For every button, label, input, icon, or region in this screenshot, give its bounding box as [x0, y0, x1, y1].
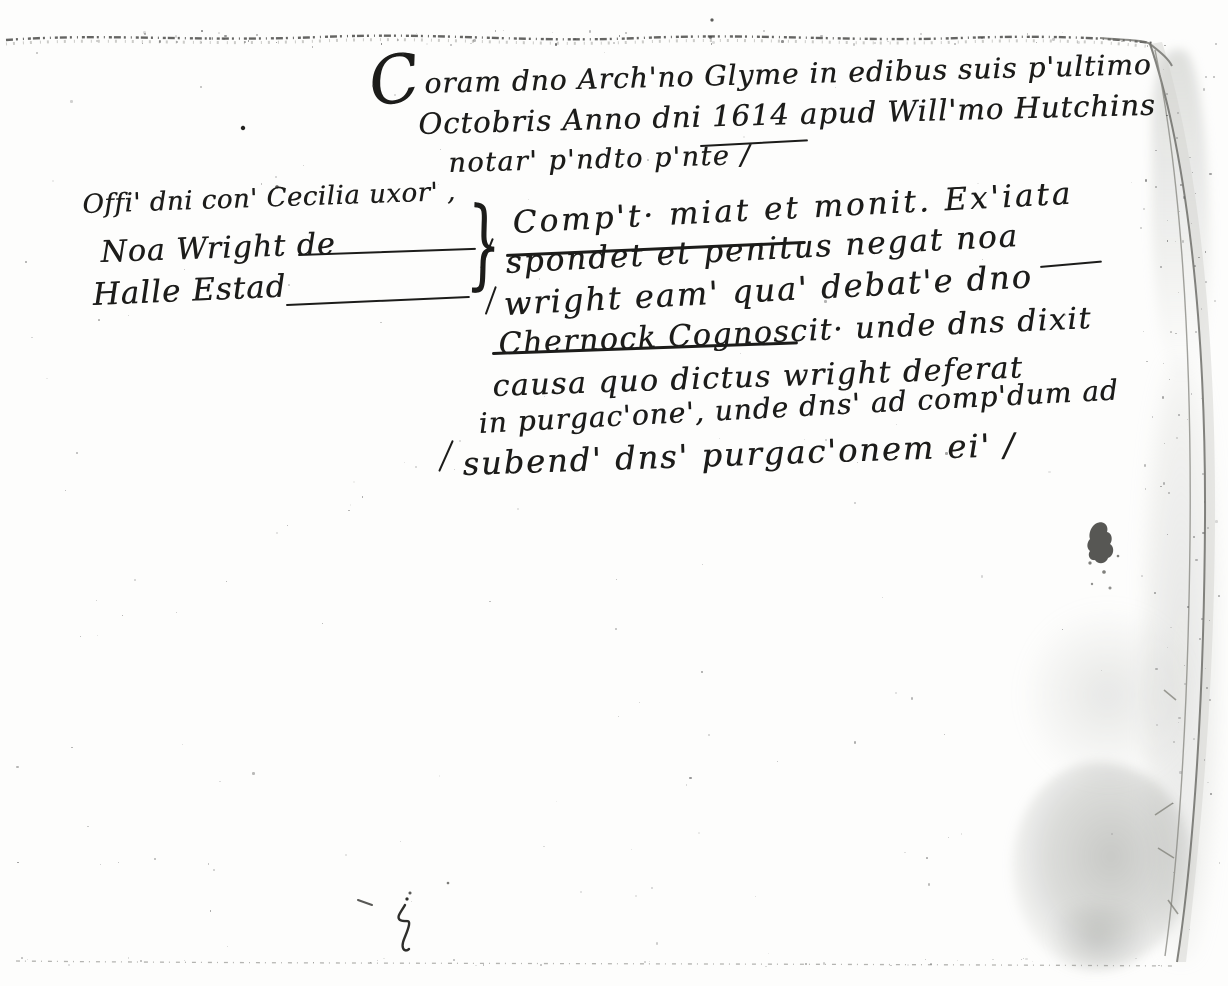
speckle-dot	[1172, 803, 1174, 805]
speckle-dot	[854, 502, 856, 504]
speckle-dot	[201, 30, 203, 32]
water-stain-lower-lobe	[1042, 905, 1152, 967]
speckle-dot	[1036, 42, 1037, 43]
speckle-dot	[1145, 179, 1147, 181]
speckle-dot	[992, 959, 993, 960]
speckle-dot	[1163, 363, 1164, 364]
margin-dash-2	[286, 296, 470, 306]
speckle-dot	[248, 40, 249, 41]
speckle-dot	[618, 716, 619, 717]
speckle-dot	[1164, 443, 1165, 444]
speckle-dot	[1191, 223, 1192, 224]
speckle-dot	[1180, 184, 1182, 186]
speckle-dot	[635, 895, 637, 897]
speckle-dot	[1194, 265, 1196, 267]
speckle-dot	[209, 37, 212, 40]
speckle-dot	[1145, 488, 1147, 490]
speckle-dot	[1199, 638, 1201, 640]
speckle-dot	[1176, 137, 1177, 138]
speckle-dot	[275, 176, 277, 178]
speckle-dot	[552, 32, 553, 33]
speckle-dot	[210, 910, 211, 911]
speckle-dot	[1144, 464, 1146, 466]
speckle-dot	[1168, 492, 1170, 494]
speckle-dot	[224, 35, 226, 37]
speckle-dot	[1164, 45, 1166, 47]
speckle-dot	[184, 269, 186, 271]
speckle-dot	[639, 702, 640, 703]
speckle-dot	[1195, 331, 1197, 333]
speckle-dot	[1158, 965, 1160, 967]
speckle-dot	[1204, 759, 1206, 761]
bottom-ink-mark	[358, 897, 409, 950]
speckle-dot	[1179, 211, 1180, 212]
speckle-dot	[625, 32, 627, 34]
speckle-dot	[709, 36, 712, 39]
speckle-dot	[651, 887, 653, 889]
water-stain-main	[1012, 762, 1192, 972]
speckle-dot	[781, 40, 784, 43]
speckle-dot	[411, 901, 412, 902]
speckle-dot	[1167, 647, 1168, 648]
heading-line-3: notar' p'ndto p'nte /	[448, 142, 751, 177]
speckle-dot	[1163, 482, 1165, 484]
speckle-dot	[1207, 782, 1209, 784]
speckle-dot	[276, 532, 278, 534]
speckle-dot	[763, 30, 765, 32]
margin-note-line-3: Halle Estad	[92, 272, 287, 311]
speckle-dot	[874, 42, 876, 44]
speckle-dot	[142, 43, 143, 44]
heading-initial: C	[364, 44, 424, 117]
speckle-dot	[1203, 88, 1205, 90]
speckle-dot	[252, 772, 254, 774]
speckle-dot	[1147, 45, 1149, 47]
speckle-dot	[1167, 534, 1168, 535]
speckle-dot	[1178, 722, 1179, 723]
speckle-dot	[957, 960, 959, 962]
speckle-dot	[1189, 929, 1190, 930]
speckle-dot	[920, 33, 922, 35]
speckle-dot	[415, 466, 417, 468]
speckle-dot	[1048, 471, 1050, 473]
speckle-dot	[1209, 620, 1210, 621]
top-right-edge-shading	[1152, 50, 1210, 380]
speckle-dot	[1140, 227, 1142, 229]
speckle-dot	[100, 864, 101, 865]
speckle-dot	[1214, 300, 1216, 302]
speckle-dot	[765, 37, 767, 39]
speckle-dot	[1166, 93, 1168, 95]
speckle-dot	[1207, 527, 1209, 529]
paper-top-edge	[6, 36, 1152, 47]
speckle-dot	[184, 960, 186, 962]
speckle-dot	[227, 946, 228, 947]
body-line-2-trailing-dash	[1040, 261, 1102, 268]
speckle-dot	[1189, 157, 1191, 159]
speckle-dot	[589, 30, 591, 32]
speckle-dot	[380, 322, 381, 323]
speckle-dot	[17, 862, 19, 864]
speckle-dot	[1062, 629, 1063, 630]
speckle-dot	[954, 43, 957, 46]
speckle-dot	[743, 136, 745, 138]
speckle-dot	[256, 34, 257, 35]
speckle-dot	[489, 601, 491, 603]
speckle-dot	[1121, 41, 1122, 42]
speckle-dot	[21, 957, 23, 959]
right-band-shading	[1142, 360, 1220, 960]
speckle-dot	[200, 86, 202, 88]
margin-note-line-2: Noa Wright de	[100, 230, 336, 268]
speckle-dot	[555, 43, 558, 46]
speckle-dot	[276, 42, 277, 43]
speckle-dot	[1173, 741, 1175, 743]
speckle-dot	[1205, 76, 1207, 78]
speckle-dot	[345, 854, 347, 856]
speckle-dot	[426, 43, 428, 45]
speckle-dot	[377, 960, 378, 961]
speckle-dot	[1062, 32, 1063, 33]
speckle-dot	[322, 623, 323, 624]
speckle-dot	[616, 579, 617, 580]
paper-bottom-edge	[16, 961, 1176, 966]
speckle-dot	[701, 671, 702, 672]
speckle-dot	[1184, 683, 1186, 685]
speckle-dot	[1206, 687, 1208, 689]
speckle-dot	[904, 852, 906, 854]
speckle-dot	[1182, 240, 1184, 242]
speckle-dot	[46, 378, 48, 380]
speckle-dot	[1155, 668, 1157, 670]
speckle-dot	[36, 52, 38, 54]
speckle-dot	[440, 149, 441, 150]
entry-brace: }	[465, 194, 502, 295]
speckle-dot	[208, 863, 210, 865]
speckle-dot	[649, 961, 650, 962]
speckle-dot	[154, 858, 156, 860]
speckle-dot	[631, 849, 633, 851]
speckle-dot	[712, 41, 715, 44]
speckle-dot	[454, 469, 455, 470]
speckle-dot	[122, 615, 123, 616]
speckle-dot	[65, 490, 66, 491]
speckle-dot	[1052, 38, 1055, 41]
speckle-dot	[887, 41, 889, 43]
speckle-dot	[98, 319, 100, 321]
speckle-dot	[805, 963, 807, 965]
speckle-dot	[517, 508, 519, 510]
speckle-dot	[1201, 398, 1202, 399]
speckle-dot	[128, 315, 129, 316]
speckle-dot	[854, 741, 856, 743]
speckle-dot	[348, 510, 350, 512]
speckle-dot	[1160, 266, 1162, 268]
speckle-dot	[459, 440, 461, 442]
speckle-dot	[853, 43, 855, 45]
speckle-dot	[439, 775, 441, 777]
speckle-dot	[925, 959, 926, 960]
speckle-dot	[644, 961, 646, 963]
speckle-dot	[777, 761, 778, 762]
speckle-dot	[52, 180, 54, 182]
speckle-dot	[1175, 241, 1176, 242]
speckle-dot	[400, 841, 401, 842]
speckle-dot	[765, 966, 766, 967]
speckle-dot	[981, 37, 984, 40]
speckle-dot	[303, 165, 304, 166]
paper-right-edge	[1100, 38, 1215, 962]
speckle-dot	[1167, 220, 1169, 222]
speckle-dot	[911, 697, 913, 699]
speckle-dot	[1193, 738, 1195, 740]
speckle-dot	[1025, 958, 1027, 960]
ink-blot	[1087, 522, 1119, 589]
speckle-dot	[1131, 182, 1132, 183]
speckle-dot	[823, 962, 825, 964]
speckle-dot	[1077, 41, 1080, 44]
speckle-dot	[1205, 251, 1206, 252]
speckle-dot	[1156, 724, 1158, 726]
speckle-dot	[711, 43, 713, 45]
speckle-dot	[1179, 771, 1181, 773]
speckle-dot	[1146, 361, 1148, 363]
speckle-dot	[1183, 196, 1185, 198]
speckle-dot	[1205, 668, 1206, 669]
speckle-dot	[353, 481, 355, 483]
speckle-dot	[143, 31, 146, 34]
speckle-dot	[176, 41, 178, 43]
speckle-dot	[1202, 532, 1204, 534]
speckle-dot	[1167, 240, 1168, 241]
speckle-dot	[528, 199, 529, 200]
speckle-dot	[1162, 396, 1164, 398]
speckle-dot	[97, 635, 98, 636]
speckle-dot	[1027, 33, 1029, 35]
speckle-dot	[1213, 76, 1215, 78]
speckle-dot	[895, 692, 897, 694]
speckle-dot	[1101, 670, 1102, 671]
speckle-dot	[362, 496, 364, 498]
speckle-dot	[350, 504, 351, 505]
speckle-dot	[740, 353, 741, 354]
speckle-dot	[613, 42, 615, 44]
speckle-dot	[1152, 416, 1154, 418]
speckle-dot	[503, 30, 504, 31]
speckle-dot	[404, 462, 405, 463]
speckle-dot	[1184, 665, 1185, 666]
manuscript-page: C oram dno Arch'no Glyme in edibus suis …	[0, 0, 1228, 986]
speckle-dot	[604, 52, 606, 54]
speckle-dot	[31, 337, 33, 339]
speckle-dot	[288, 284, 290, 286]
speckle-dot	[128, 957, 130, 959]
speckle-dot	[159, 40, 161, 42]
speckle-dot	[1195, 559, 1197, 561]
speckle-dot	[702, 564, 703, 565]
speckle-dot	[25, 261, 27, 263]
speckle-dot	[176, 612, 177, 613]
speckle-dot	[1023, 958, 1024, 959]
speckle-dot	[450, 44, 452, 46]
speckle-dot	[495, 30, 496, 31]
speckle-dot	[1153, 57, 1155, 59]
speckle-dot	[926, 857, 928, 859]
speckle-dot	[1170, 627, 1172, 629]
speckle-dot	[1154, 592, 1156, 594]
margin-note-line-1: Offi' dni con' Cecilia uxor' ,	[82, 179, 456, 218]
speckle-dot	[76, 452, 77, 453]
speckle-dot	[820, 35, 822, 37]
pen-slash-3	[438, 440, 454, 472]
speckle-dot	[1177, 112, 1178, 113]
speckle-dot	[470, 43, 472, 45]
speckle-dot	[1176, 437, 1178, 439]
speckle-dot	[27, 959, 28, 960]
speckle-dot	[1218, 595, 1220, 597]
speckle-dot	[928, 883, 930, 885]
speckle-dot	[981, 575, 983, 577]
speckle-dot	[1163, 69, 1164, 70]
speckle-dot	[882, 597, 883, 598]
speckle-dot	[70, 100, 72, 102]
speckle-dot	[80, 636, 81, 637]
speckle-dot	[1111, 833, 1113, 835]
speckle-dot	[1187, 419, 1189, 421]
speckle-dot	[1169, 379, 1170, 380]
speckle-dot	[1219, 862, 1221, 864]
speckle-dot	[768, 953, 769, 954]
speckle-dot	[689, 777, 691, 779]
speckle-dot	[686, 784, 688, 786]
speckle-dot	[1193, 536, 1194, 537]
speckle-dot	[68, 964, 70, 966]
speckle-dot	[383, 958, 384, 959]
speckle-dot	[574, 38, 576, 40]
speckle-dot	[16, 766, 18, 768]
speckle-dot	[540, 964, 542, 966]
speckle-dot	[144, 33, 146, 35]
speckle-dot	[1187, 606, 1189, 608]
speckle-dot	[473, 39, 476, 42]
speckle-dot	[223, 38, 225, 40]
speckle-dot	[1201, 308, 1202, 309]
speckle-dot	[656, 942, 658, 944]
speckle-dot	[134, 579, 136, 581]
speckle-dot	[201, 42, 202, 43]
speckle-dot	[118, 862, 119, 863]
speckle-dot	[580, 891, 582, 893]
speckle-dot	[244, 41, 246, 43]
speckle-dot	[1209, 699, 1210, 700]
speckle-dot	[698, 832, 700, 834]
speckle-dot	[313, 962, 314, 963]
speckle-dot	[87, 826, 88, 827]
heading-line-2: Octobris Anno dni 1614 apud Will'mo Hutc…	[418, 91, 1156, 139]
speckle-dot	[182, 744, 183, 745]
speckle-dot	[475, 965, 477, 967]
water-stain-upper-haze	[1025, 600, 1190, 790]
speckle-dot	[1178, 414, 1180, 416]
speckle-dot	[1192, 172, 1193, 173]
speckle-dot	[312, 46, 314, 48]
speckle-dot	[1166, 115, 1167, 116]
speckle-dot	[1141, 575, 1143, 577]
speckle-dot	[453, 959, 455, 961]
speckle-dot	[708, 734, 710, 736]
speckle-dot	[1215, 43, 1217, 45]
speckle-dot	[1155, 150, 1156, 151]
speckle-dot	[619, 35, 621, 37]
speckle-dot	[483, 964, 484, 965]
speckle-dot	[944, 734, 945, 735]
speckle-dot	[930, 963, 932, 965]
speckle-dot	[1170, 331, 1172, 333]
speckle-dot	[213, 869, 215, 871]
speckle-dot	[556, 801, 557, 802]
speckle-dot	[1178, 717, 1180, 719]
speckle-dot	[370, 962, 371, 963]
speckle-dot	[1160, 486, 1161, 487]
speckle-dot	[1210, 793, 1212, 795]
speckle-dot	[1173, 872, 1175, 874]
speckle-dot	[1021, 959, 1022, 960]
speckle-dot	[1191, 393, 1192, 394]
speckle-dot	[140, 960, 142, 962]
speckle-dot	[1195, 193, 1196, 194]
speckle-dot	[218, 32, 220, 34]
speckle-dot	[543, 846, 545, 848]
speckle-dot	[1198, 257, 1199, 258]
speckle-dot	[1201, 618, 1203, 620]
speckle-dot	[896, 424, 897, 425]
speckle-dot	[961, 833, 962, 834]
speckle-dot	[1205, 281, 1207, 283]
speckle-dot	[96, 600, 97, 601]
speckle-dot	[1143, 331, 1144, 332]
speckle-dot	[755, 896, 756, 897]
speckle-dot	[907, 964, 909, 966]
speckle-dot	[226, 581, 227, 582]
speckle-dot	[96, 40, 98, 42]
speckle-dot	[1178, 292, 1179, 293]
speckle-dot	[1155, 186, 1157, 188]
speckle-dot	[287, 525, 288, 526]
speckle-dot	[175, 35, 178, 38]
speckle-dot	[1215, 520, 1218, 523]
speckle-dot	[1143, 208, 1145, 210]
speckle-dot	[1209, 173, 1212, 176]
speckle-dot	[890, 965, 891, 966]
speckle-dot	[1135, 958, 1137, 960]
speckle-dot	[1175, 333, 1176, 334]
speckle-dot	[1032, 961, 1033, 962]
speckle-dot	[948, 837, 949, 838]
speckle-dot	[416, 33, 417, 34]
speckle-dot	[219, 781, 220, 782]
speckle-dot	[615, 628, 617, 630]
speckle-dot	[1204, 501, 1205, 502]
speckle-dot	[1202, 473, 1204, 475]
speckle-dot	[71, 747, 72, 748]
